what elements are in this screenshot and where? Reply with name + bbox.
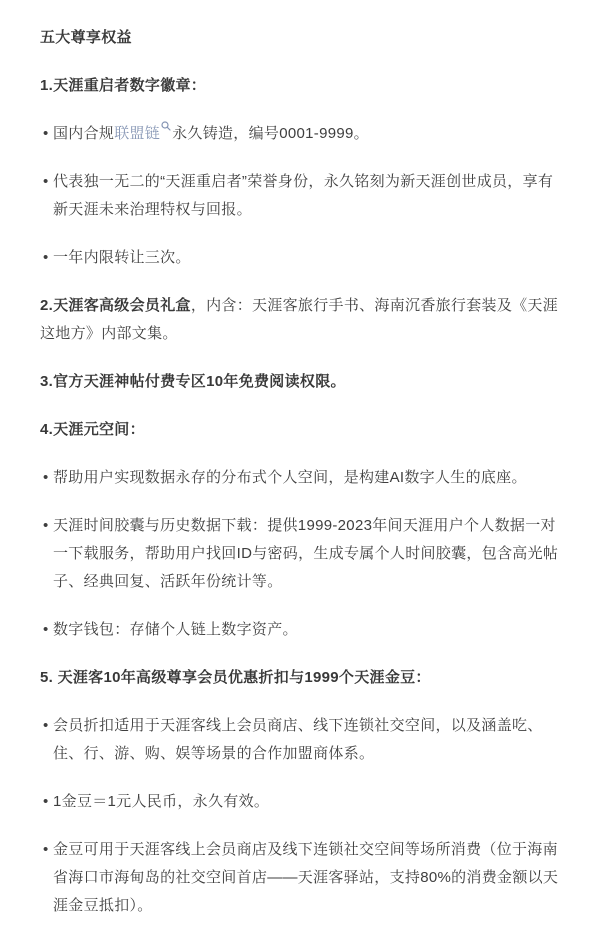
list-item: • 1金豆＝1元人民币，永久有效。	[40, 788, 560, 816]
bullet-text: 代表独一无二的“天涯重启者”荣誉身份，永久铭刻为新天涯创世成员，享有新天涯未来治…	[53, 168, 560, 224]
bullet-text: 一年内限转让三次。	[53, 244, 560, 272]
bullet-text-pre: 国内合规	[53, 125, 114, 142]
bullet-text: 会员折扣适用于天涯客线上会员商店、线下连锁社交空间，以及涵盖吃、住、行、游、购、…	[53, 712, 560, 768]
search-icon	[161, 121, 171, 131]
bullet-marker: •	[43, 788, 53, 816]
list-item: • 天涯时间胶囊与历史数据下载：提供1999-2023年间天涯用户个人数据一对一…	[40, 512, 560, 596]
list-item: • 国内合规联盟链永久铸造，编号0001-9999。	[40, 120, 560, 148]
bullet-marker: •	[43, 712, 53, 740]
benefit-2-heading: 2.天涯客高级会员礼盒，内含：天涯客旅行手书、海南沉香旅行套装及《天涯这地方》内…	[40, 292, 560, 348]
list-item: • 代表独一无二的“天涯重启者”荣誉身份，永久铭刻为新天涯创世成员，享有新天涯未…	[40, 168, 560, 224]
link-label: 联盟链	[114, 125, 160, 142]
bullet-text: 帮助用户实现数据永存的分布式个人空间，是构建AI数字人生的底座。	[53, 464, 560, 492]
bullet-text: 金豆可用于天涯客线上会员商店及线下连锁社交空间等场所消费（位于海南省海口市海甸岛…	[53, 836, 560, 920]
benefit-4-heading: 4.天涯元空间：	[40, 416, 560, 444]
benefit-5-heading: 5. 天涯客10年高级尊享会员优惠折扣与1999个天涯金豆：	[40, 664, 560, 692]
list-item: • 金豆可用于天涯客线上会员商店及线下连锁社交空间等场所消费（位于海南省海口市海…	[40, 836, 560, 920]
bullet-marker: •	[43, 120, 53, 148]
bullet-text-post: 永久铸造，编号0001-9999。	[172, 125, 369, 142]
list-item: • 一年内限转让三次。	[40, 244, 560, 272]
page-title: 五大尊享权益	[40, 24, 560, 52]
benefit-2-heading-bold: 2.天涯客高级会员礼盒	[40, 297, 191, 314]
bullet-marker: •	[43, 244, 53, 272]
list-item: • 数字钱包：存储个人链上数字资产。	[40, 616, 560, 644]
bullet-text: 1金豆＝1元人民币，永久有效。	[53, 788, 560, 816]
benefit-3-heading: 3.官方天涯神帖付费专区10年免费阅读权限。	[40, 368, 560, 396]
bullet-text: 国内合规联盟链永久铸造，编号0001-9999。	[53, 120, 560, 148]
list-item: • 会员折扣适用于天涯客线上会员商店、线下连锁社交空间，以及涵盖吃、住、行、游、…	[40, 712, 560, 768]
benefit-1-heading: 1.天涯重启者数字徽章：	[40, 72, 560, 100]
bullet-marker: •	[43, 616, 53, 644]
bullet-text: 天涯时间胶囊与历史数据下载：提供1999-2023年间天涯用户个人数据一对一下载…	[53, 512, 560, 596]
article: 五大尊享权益 1.天涯重启者数字徽章： • 国内合规联盟链永久铸造，编号0001…	[0, 0, 600, 940]
alliance-chain-link[interactable]: 联盟链	[114, 125, 172, 142]
bullet-text: 数字钱包：存储个人链上数字资产。	[53, 616, 560, 644]
bullet-marker: •	[43, 512, 53, 540]
list-item: • 帮助用户实现数据永存的分布式个人空间，是构建AI数字人生的底座。	[40, 464, 560, 492]
bullet-marker: •	[43, 168, 53, 196]
bullet-marker: •	[43, 464, 53, 492]
bullet-marker: •	[43, 836, 53, 864]
